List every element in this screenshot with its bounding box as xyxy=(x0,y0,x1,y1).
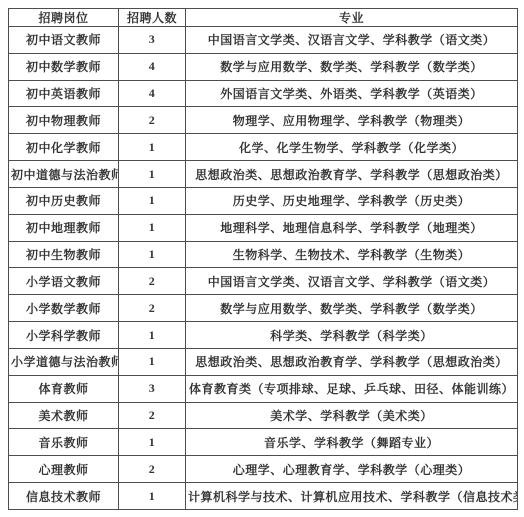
position-cell: 初中生物教师 xyxy=(9,241,119,268)
headcount-cell: 2 xyxy=(119,107,186,134)
header-position: 招聘岗位 xyxy=(9,9,119,27)
position-cell: 信息技术教师 xyxy=(9,483,119,510)
major-cell: 地理科学、地理信息科学、学科教学（地理类） xyxy=(186,214,518,241)
table-row: 初中生物教师1生物科学、生物技术、学科教学（生物类） xyxy=(9,241,518,268)
position-cell: 小学数学教师 xyxy=(9,295,119,322)
table-row: 心理教师2心理学、心理教育学、学科教学（心理类） xyxy=(9,456,518,483)
table-row: 初中化学教师1化学、化学生物学、学科教学（化学类） xyxy=(9,134,518,161)
position-cell: 初中历史教师 xyxy=(9,187,119,214)
headcount-cell: 1 xyxy=(119,348,186,375)
major-cell: 数学与应用数学、数学类、学科教学（数学类） xyxy=(186,295,518,322)
position-cell: 小学科学教师 xyxy=(9,322,119,349)
headcount-cell: 1 xyxy=(119,161,186,188)
major-cell: 美术学、学科教学（美术类） xyxy=(186,402,518,429)
major-cell: 生物科学、生物技术、学科教学（生物类） xyxy=(186,241,518,268)
major-cell: 思想政治类、思想政治教育学、学科教学（思想政治类） xyxy=(186,348,518,375)
major-cell: 心理学、心理教育学、学科教学（心理类） xyxy=(186,456,518,483)
major-cell: 体育教育类（专项排球、足球、乒乓球、田径、体能训练） xyxy=(186,375,518,402)
table-row: 初中历史教师1历史学、历史地理学、学科教学（历史类） xyxy=(9,187,518,214)
position-cell: 心理教师 xyxy=(9,456,119,483)
major-cell: 外国语言文学类、外语类、学科教学（英语类） xyxy=(186,80,518,107)
headcount-cell: 1 xyxy=(119,322,186,349)
table-row: 信息技术教师1计算机科学与技术、计算机应用技术、学科教学（信息技术类） xyxy=(9,483,518,510)
position-cell: 小学道德与法治教师 xyxy=(9,348,119,375)
major-cell: 思想政治类、思想政治教育学、学科教学（思想政治类） xyxy=(186,161,518,188)
table-row: 初中语文教师3中国语言文学类、汉语言文学、学科教学（语文类） xyxy=(9,27,518,54)
header-headcount: 招聘人数 xyxy=(119,9,186,27)
headcount-cell: 4 xyxy=(119,53,186,80)
position-cell: 初中物理教师 xyxy=(9,107,119,134)
major-cell: 计算机科学与技术、计算机应用技术、学科教学（信息技术类） xyxy=(186,483,518,510)
table-row: 小学科学教师1科学类、学科教学（科学类） xyxy=(9,322,518,349)
recruitment-table: 招聘岗位 招聘人数 专业 初中语文教师3中国语言文学类、汉语言文学、学科教学（语… xyxy=(8,8,518,510)
table-row: 小学语文教师2中国语言文学类、汉语言文学、学科教学（语文类） xyxy=(9,268,518,295)
major-cell: 数学与应用数学、数学类、学科教学（数学类） xyxy=(186,53,518,80)
major-cell: 物理学、应用物理学、学科教学（物理类） xyxy=(186,107,518,134)
position-cell: 初中英语教师 xyxy=(9,80,119,107)
headcount-cell: 1 xyxy=(119,483,186,510)
major-cell: 中国语言文学类、汉语言文学、学科教学（语文类） xyxy=(186,268,518,295)
major-cell: 中国语言文学类、汉语言文学、学科教学（语文类） xyxy=(186,27,518,54)
headcount-cell: 1 xyxy=(119,241,186,268)
headcount-cell: 1 xyxy=(119,134,186,161)
major-cell: 科学类、学科教学（科学类） xyxy=(186,322,518,349)
table-row: 初中道德与法治教师1思想政治类、思想政治教育学、学科教学（思想政治类） xyxy=(9,161,518,188)
headcount-cell: 1 xyxy=(119,214,186,241)
position-cell: 小学语文教师 xyxy=(9,268,119,295)
headcount-cell: 2 xyxy=(119,268,186,295)
table-row: 初中数学教师4数学与应用数学、数学类、学科教学（数学类） xyxy=(9,53,518,80)
table-row: 体育教师3体育教育类（专项排球、足球、乒乓球、田径、体能训练） xyxy=(9,375,518,402)
position-cell: 美术教师 xyxy=(9,402,119,429)
headcount-cell: 3 xyxy=(119,27,186,54)
table-row: 美术教师2美术学、学科教学（美术类） xyxy=(9,402,518,429)
position-cell: 音乐教师 xyxy=(9,429,119,456)
headcount-cell: 2 xyxy=(119,295,186,322)
table-body: 初中语文教师3中国语言文学类、汉语言文学、学科教学（语文类）初中数学教师4数学与… xyxy=(9,27,518,510)
position-cell: 初中道德与法治教师 xyxy=(9,161,119,188)
recruitment-table-container: 招聘岗位 招聘人数 专业 初中语文教师3中国语言文学类、汉语言文学、学科教学（语… xyxy=(8,8,518,510)
headcount-cell: 2 xyxy=(119,456,186,483)
headcount-cell: 1 xyxy=(119,429,186,456)
position-cell: 初中地理教师 xyxy=(9,214,119,241)
position-cell: 初中数学教师 xyxy=(9,53,119,80)
position-cell: 初中化学教师 xyxy=(9,134,119,161)
headcount-cell: 4 xyxy=(119,80,186,107)
major-cell: 化学、化学生物学、学科教学（化学类） xyxy=(186,134,518,161)
headcount-cell: 2 xyxy=(119,402,186,429)
major-cell: 历史学、历史地理学、学科教学（历史类） xyxy=(186,187,518,214)
position-cell: 初中语文教师 xyxy=(9,27,119,54)
position-cell: 体育教师 xyxy=(9,375,119,402)
table-row: 初中物理教师2物理学、应用物理学、学科教学（物理类） xyxy=(9,107,518,134)
table-row: 小学数学教师2数学与应用数学、数学类、学科教学（数学类） xyxy=(9,295,518,322)
header-major: 专业 xyxy=(186,9,518,27)
headcount-cell: 1 xyxy=(119,187,186,214)
table-row: 初中英语教师4外国语言文学类、外语类、学科教学（英语类） xyxy=(9,80,518,107)
table-row: 音乐教师1音乐学、学科教学（舞蹈专业） xyxy=(9,429,518,456)
table-header-row: 招聘岗位 招聘人数 专业 xyxy=(9,9,518,27)
major-cell: 音乐学、学科教学（舞蹈专业） xyxy=(186,429,518,456)
headcount-cell: 3 xyxy=(119,375,186,402)
table-row: 初中地理教师1地理科学、地理信息科学、学科教学（地理类） xyxy=(9,214,518,241)
table-row: 小学道德与法治教师1思想政治类、思想政治教育学、学科教学（思想政治类） xyxy=(9,348,518,375)
